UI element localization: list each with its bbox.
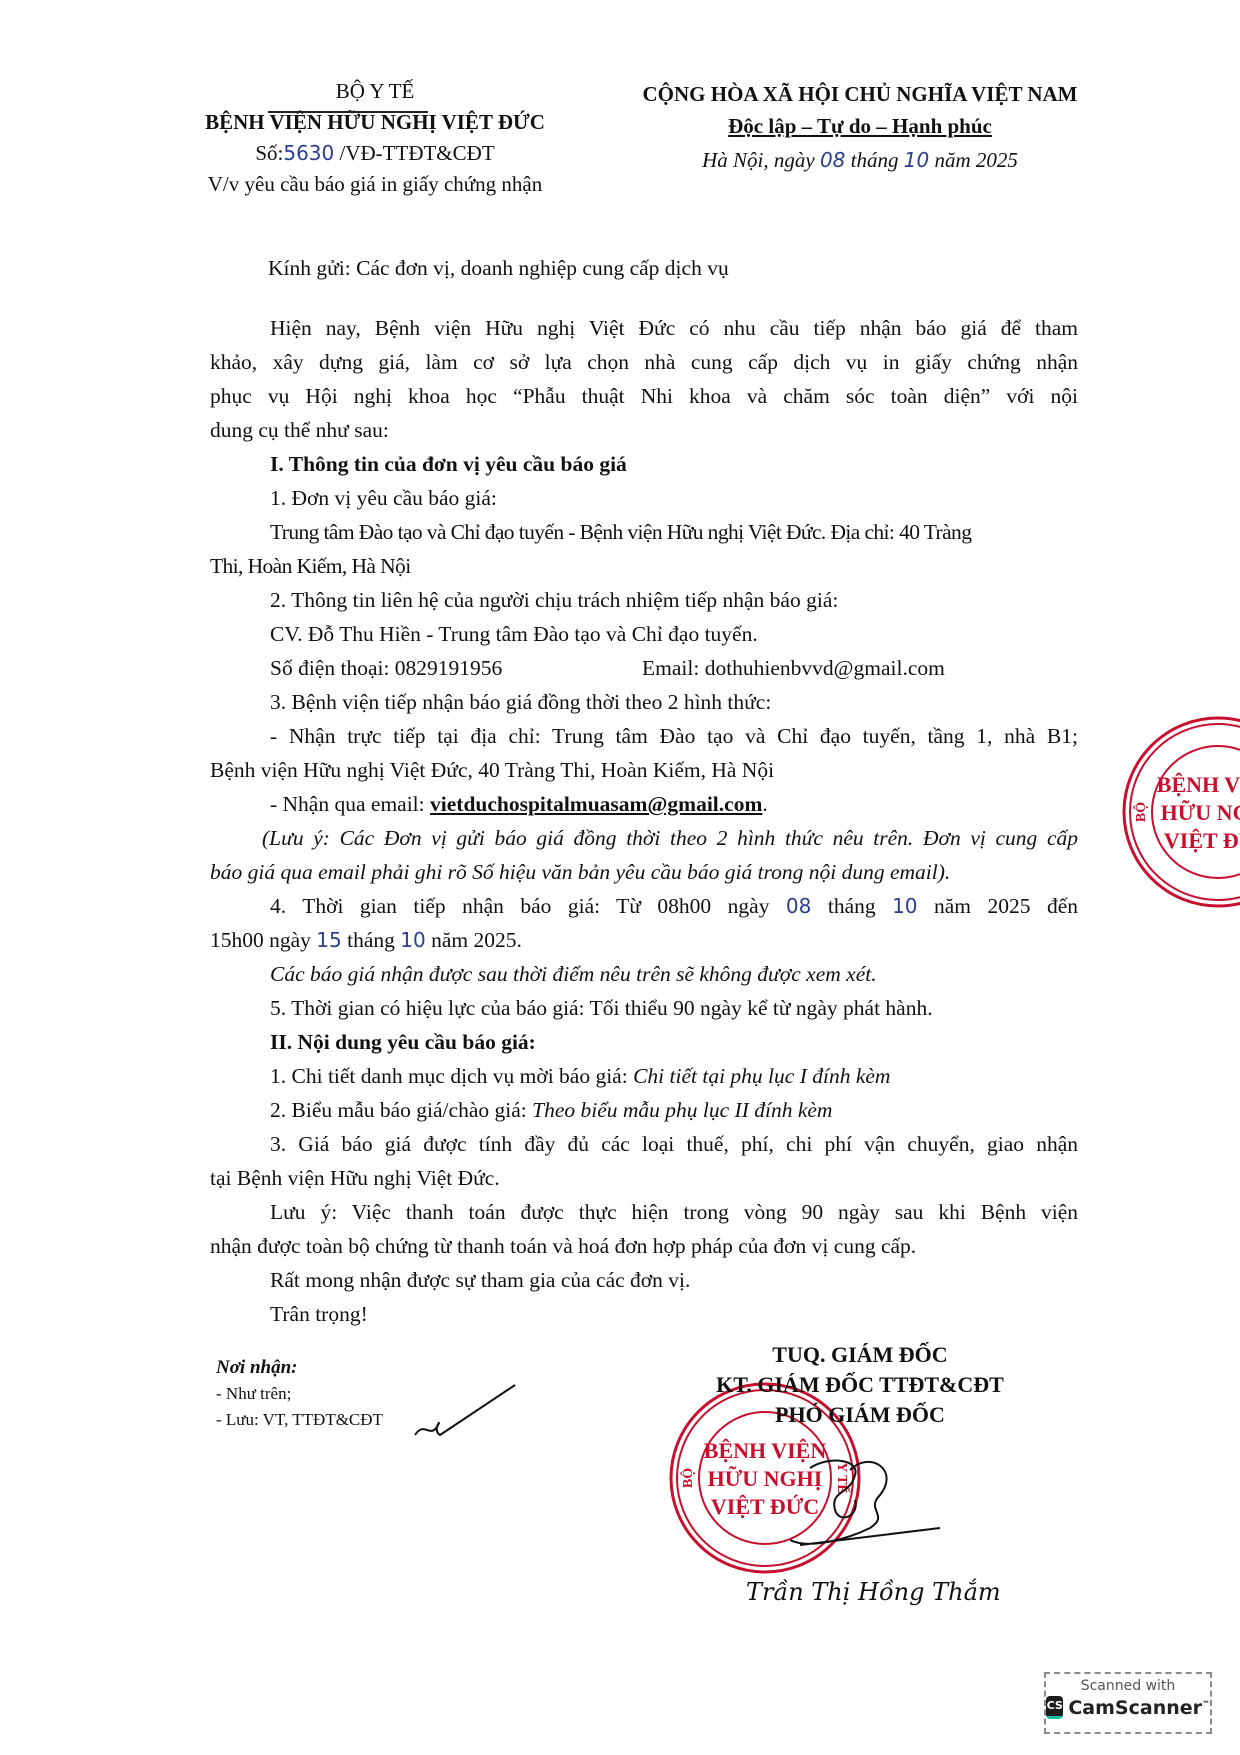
- camscanner-brand: CamScanner™: [1068, 1697, 1210, 1719]
- issue-date: Hà Nội, ngày 08 tháng 10 năm 2025: [600, 144, 1120, 176]
- section-2-item-3: 3. Giá báo giá được tính đầy đủ các loại…: [270, 1127, 1078, 1161]
- section-2-item-1: 1. Chi tiết danh mục dịch vụ mời báo giá…: [270, 1059, 890, 1093]
- item-3-direct: Bệnh viện Hữu nghị Việt Đức, 40 Tràng Th…: [210, 753, 774, 787]
- signature-line-1: TUQ. GIÁM ĐỐC: [660, 1340, 1060, 1370]
- partial-seal-icon: BỆNH VIỆN HỮU NGHỊ VIỆT ĐỨC BỘ: [1118, 712, 1240, 912]
- camscanner-logo-icon: CS: [1046, 1696, 1063, 1719]
- initial-signature-icon: [410, 1380, 520, 1450]
- recipient-item: - Như trên;: [216, 1381, 383, 1407]
- ministry-name: BỘ Y TẾ: [150, 76, 600, 107]
- national-header: CỘNG HÒA XÃ HỘI CHỦ NGHĨA VIỆT NAM Độc l…: [600, 78, 1120, 176]
- item-5: 5. Thời gian có hiệu lực của báo giá: Tố…: [270, 991, 933, 1025]
- closing-greeting: Trân trọng!: [270, 1297, 368, 1331]
- item-1-text: Trung tâm Đào tạo và Chỉ đạo tuyến - Bện…: [270, 515, 971, 549]
- recipient-item: - Lưu: VT, TTĐT&CĐT: [216, 1407, 383, 1433]
- handwritten-signature-icon: [790, 1450, 950, 1560]
- svg-text:BỘ: BỘ: [1132, 802, 1149, 822]
- note-line: (Lưu ý: Các Đơn vị gửi báo giá đồng thời…: [262, 821, 1078, 855]
- closing-line: Rất mong nhận được sự tham gia của các đ…: [270, 1263, 690, 1297]
- intro-line: khảo, xây dựng giá, làm cơ sở lựa chọn n…: [210, 345, 1078, 379]
- scanned-with-label: Scanned with: [1046, 1678, 1210, 1694]
- seal-left-mark: BỘ: [679, 1468, 696, 1488]
- handwritten-day: 08: [820, 148, 845, 172]
- intro-line: phục vụ Hội nghị khoa học “Phẫu thuật Nh…: [210, 379, 1078, 413]
- item-3-label: 3. Bệnh viện tiếp nhận báo giá đồng thời…: [270, 685, 771, 719]
- item-4-note: Các báo giá nhận được sau thời điểm nêu …: [270, 957, 877, 991]
- contact-email: Email: dothuhienbvvd@gmail.com: [642, 651, 945, 685]
- handwritten-month: 10: [904, 148, 929, 172]
- section-2-item-3: tại Bệnh viện Hữu nghị Việt Đức.: [210, 1161, 500, 1195]
- contact-phone: Số điện thoại: 0829191956: [270, 651, 502, 685]
- signature-line-2: KT. GIÁM ĐỐC TTĐT&CĐT: [660, 1370, 1060, 1400]
- section-2-heading: II. Nội dung yêu cầu báo giá:: [270, 1025, 536, 1059]
- payment-note: Lưu ý: Việc thanh toán được thực hiện tr…: [270, 1195, 1078, 1229]
- payment-note: nhận được toàn bộ chứng từ thanh toán và…: [210, 1229, 916, 1263]
- issuer-header: BỘ Y TẾ BỆNH VIỆN HỮU NGHỊ VIỆT ĐỨC Số:5…: [150, 76, 600, 200]
- country-name: CỘNG HÒA XÃ HỘI CHỦ NGHĨA VIỆT NAM: [600, 78, 1120, 110]
- intro-line: dung cụ thể như sau:: [210, 413, 389, 447]
- camscanner-badge: Scanned with CS CamScanner™: [1044, 1672, 1212, 1734]
- handwritten-doc-number: 5630: [283, 141, 334, 165]
- section-1-heading: I. Thông tin của đơn vị yêu cầu báo giá: [270, 447, 627, 481]
- recipients-block: Nơi nhận: - Như trên; - Lưu: VT, TTĐT&CĐ…: [216, 1355, 383, 1433]
- hospital-underline: [268, 111, 428, 113]
- document-subject: V/v yêu cầu báo giá in giấy chứng nhận: [150, 169, 600, 200]
- item-4-line: 15h00 ngày 15 tháng 10 năm 2025.: [210, 923, 522, 957]
- svg-text:VIỆT ĐỨC: VIỆT ĐỨC: [1164, 828, 1240, 853]
- contact-person: CV. Đỗ Thu Hiền - Trung tâm Đào tạo và C…: [270, 617, 758, 651]
- submission-email-link[interactable]: vietduchospitalmuasam@gmail.com: [430, 792, 762, 816]
- signer-name: Trần Thị Hồng Thắm: [746, 1578, 1001, 1606]
- item-3-email-line: - Nhận qua email: vietduchospitalmuasam@…: [270, 787, 768, 821]
- national-motto: Độc lập – Tự do – Hạnh phúc: [600, 110, 1120, 142]
- intro-line: Hiện nay, Bệnh viện Hữu nghị Việt Đức có…: [270, 311, 1078, 345]
- section-2-item-2: 2. Biểu mẫu báo giá/chào giá: Theo biểu …: [270, 1093, 832, 1127]
- recipient-line: Kính gửi: Các đơn vị, doanh nghiệp cung …: [268, 251, 729, 285]
- signature-block: TUQ. GIÁM ĐỐC KT. GIÁM ĐỐC TTĐT&CĐT PHÓ …: [660, 1340, 1060, 1430]
- recipients-title: Nơi nhận:: [216, 1355, 383, 1381]
- item-1-text: Thi, Hoàn Kiếm, Hà Nội: [210, 549, 411, 583]
- signature-line-3: PHÓ GIÁM ĐỐC: [660, 1400, 1060, 1430]
- item-3-direct: - Nhận trực tiếp tại địa chỉ: Trung tâm …: [270, 719, 1078, 753]
- svg-text:BỆNH VIỆN: BỆNH VIỆN: [1157, 772, 1240, 797]
- document-number: Số:5630 /VĐ-TTĐT&CĐT: [150, 138, 600, 169]
- item-4-line: 4. Thời gian tiếp nhận báo giá: Từ 08h00…: [270, 889, 1078, 923]
- note-line: báo giá qua email phải ghi rõ Số hiệu vă…: [210, 855, 950, 889]
- item-1-label: 1. Đơn vị yêu cầu báo giá:: [270, 481, 497, 515]
- item-2-label: 2. Thông tin liên hệ của người chịu trác…: [270, 583, 838, 617]
- svg-text:HỮU NGHỊ: HỮU NGHỊ: [1161, 800, 1240, 825]
